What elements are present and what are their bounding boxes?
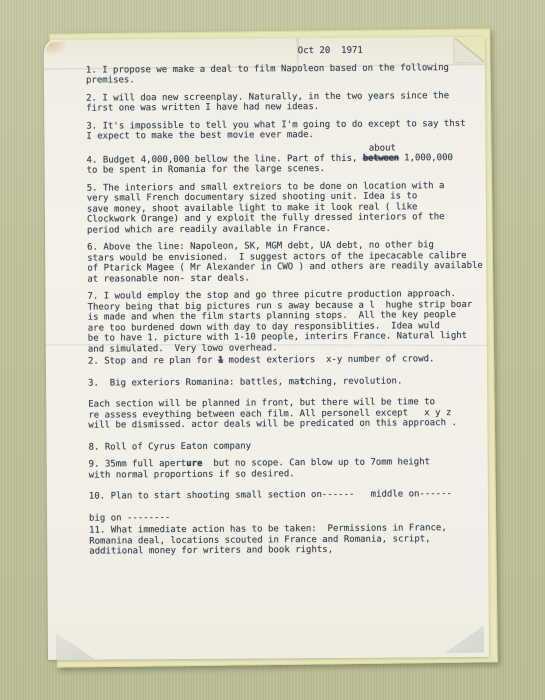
line-segment: modest exteriors x-y number of crowd. — [223, 354, 434, 365]
typed-line: at reasonable non- star deals. — [87, 271, 478, 284]
paragraph-8: 2. Stop and re plan for 1 modest exterio… — [88, 354, 479, 367]
typed-line: additional money for writers and book ri… — [89, 544, 480, 557]
paragraph-2: 2. I will doa new screenplay. Naturally,… — [86, 90, 477, 114]
typed-line: and simulated. Very lowo overhead. — [88, 341, 479, 354]
overstruck-text: ure — [186, 459, 202, 469]
annotation-group: aboutbetween — [363, 153, 399, 164]
typed-line: first one was written I have had new ide… — [86, 101, 477, 114]
typed-line: I expect to make the best movie ever mad… — [86, 129, 477, 142]
line-segment: ching, revolution. — [305, 376, 403, 387]
paper-tear-mark — [46, 42, 68, 56]
paragraph-9: 3. Big exteriors Romanina: battles, matc… — [88, 375, 479, 388]
typed-line: 3. Big exteriors Romanina: battles, matc… — [88, 375, 479, 388]
paragraph-14: big on -------- — [89, 510, 480, 523]
paragraph-12: 9. 35mm full aperture but no scope. Can … — [89, 457, 480, 481]
paragraph-7: 7. I would employ the stop and go three … — [87, 289, 478, 355]
typed-line: big on -------- — [89, 510, 480, 523]
typed-line: with normal proportions if so desired. — [89, 467, 480, 480]
paragraph-13: 10. Plan to start shooting small section… — [89, 489, 480, 502]
typed-line: 8. Roll of Cyrus Eaton company — [89, 439, 480, 452]
line-segment: 9. 35mm full apert — [89, 459, 187, 470]
paragraph-6: 6. Above the line: Napoleon, SK, MGM deb… — [87, 240, 478, 285]
paragraph-10: Each section will be planned in front, b… — [88, 397, 479, 431]
paragraph-4: 4. Budget 4,000,000 bellow the line. Par… — [87, 152, 478, 176]
paragraph-15: 11. What immediate action has to be take… — [89, 523, 480, 557]
typed-line: 10. Plan to start shooting small section… — [89, 489, 480, 502]
typed-line: 2. Stop and re plan for 1 modest exterio… — [88, 354, 479, 367]
inserted-word: about — [369, 143, 396, 154]
line-segment: but no scope. Can blow up to 7omm height — [202, 457, 430, 469]
paragraph-1: 1. I propose we make a deal to film Napo… — [86, 62, 477, 86]
paragraph-3: 3. It's impossible to tell you what I'm … — [86, 118, 477, 142]
paragraph-11: 8. Roll of Cyrus Eaton company — [89, 439, 480, 452]
line-segment: 3. Big exteriors Romanina: battles, ma — [88, 377, 299, 388]
struck-word: between — [363, 153, 399, 163]
date-line: Oct 20 1971 — [298, 45, 477, 57]
typed-line: period which are readily available in Fr… — [87, 222, 478, 235]
paragraph-5: 5. The interiors and small extreiors to … — [87, 180, 478, 235]
typed-line: will be dismissed. actor deals will be p… — [88, 418, 479, 431]
typed-text: Oct 20 1971 1. I propose we make a deal … — [86, 44, 481, 557]
line-segment: 1,000,000 — [399, 153, 453, 163]
typed-page: Oct 20 1971 1. I propose we make a deal … — [44, 37, 489, 660]
typed-line: to be spent in Romania for the large sce… — [87, 163, 478, 176]
line-segment: 2. Stop and re plan for — [88, 356, 218, 367]
